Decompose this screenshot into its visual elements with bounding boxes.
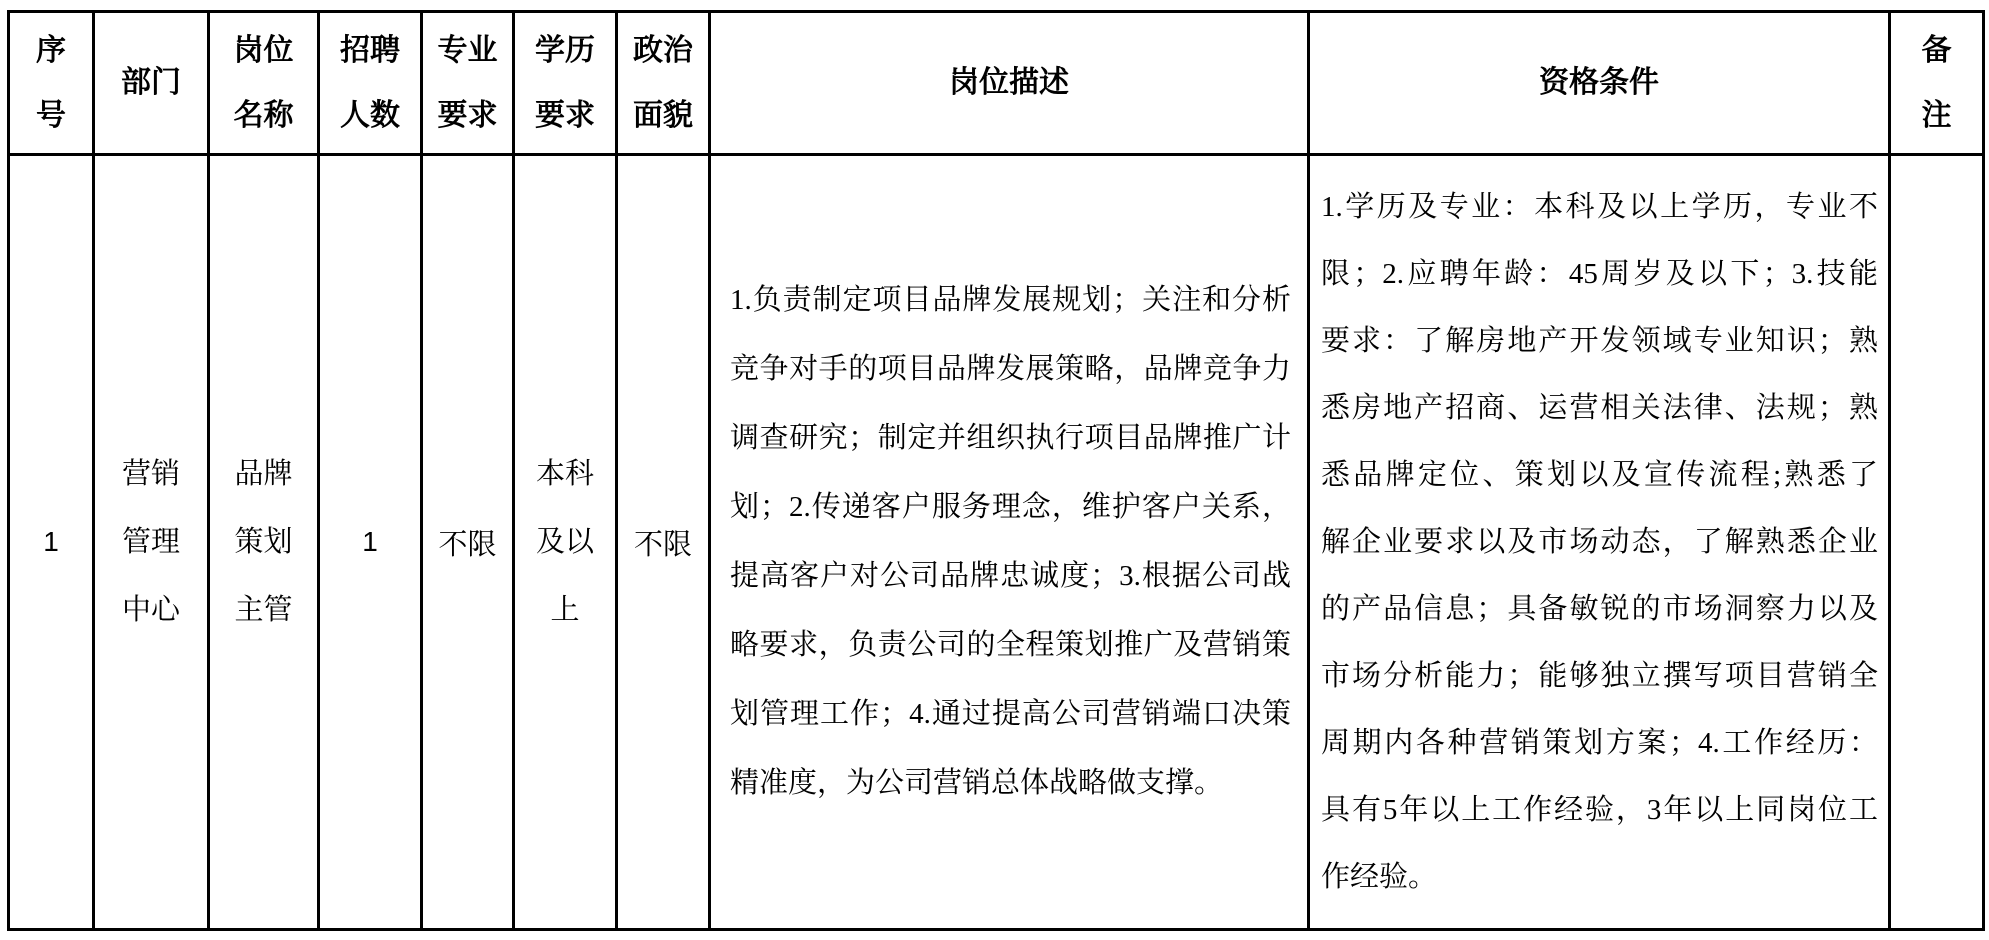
cell-political-status: 不限: [617, 155, 710, 930]
header-qualification-label: 资格条件: [1310, 66, 1888, 100]
header-position-line2: 名称: [210, 83, 317, 148]
header-position-name: 岗位 名称: [209, 12, 319, 155]
qualification-line: 解企业要求以及市场动态，了解熟悉企业: [1321, 509, 1878, 576]
header-remarks-line1: 备: [1891, 18, 1982, 83]
document-page: 序 号 部门 岗位 名称 招聘 人数 专业 要求: [0, 0, 1989, 940]
education-line2: 及以: [515, 508, 615, 576]
job-description-line: 提高客户对公司品牌忠诚度；3.根据公司战: [730, 542, 1291, 611]
qualification-line: 限；2.应聘年龄：45周岁及以下；3.技能: [1321, 241, 1878, 308]
job-description-line: 1.负责制定项目品牌发展规划；关注和分析: [730, 266, 1291, 335]
header-remarks: 备 注: [1890, 12, 1984, 155]
qualification-line: 周期内各种营销策划方案；4.工作经历：: [1321, 710, 1878, 777]
recruitment-table: 序 号 部门 岗位 名称 招聘 人数 专业 要求: [7, 10, 1985, 931]
header-major-line2: 要求: [423, 83, 512, 148]
cell-position-name: 品牌 策划 主管: [209, 155, 319, 930]
qualification-line: 1.学历及专业：本科及以上学历，专业不: [1321, 174, 1878, 241]
header-job-description: 岗位描述: [710, 12, 1309, 155]
cell-job-description: 1.负责制定项目品牌发展规划；关注和分析 竞争对手的项目品牌发展策略，品牌竞争力…: [710, 155, 1309, 930]
cell-major-requirement: 不限: [422, 155, 514, 930]
position-line1: 品牌: [210, 440, 317, 508]
header-headcount-line1: 招聘: [320, 18, 420, 83]
qualification-line: 悉品牌定位、策划以及宣传流程;熟悉了: [1321, 442, 1878, 509]
header-serial-line2: 号: [10, 83, 92, 148]
qualification-line: 作经验。: [1321, 844, 1878, 911]
education-line3: 上: [515, 576, 615, 644]
job-description-line: 调查研究；制定并组织执行项目品牌推广计: [730, 404, 1291, 473]
header-department-label: 部门: [95, 66, 207, 100]
department-line3: 中心: [95, 576, 207, 644]
department-line1: 营销: [95, 440, 207, 508]
header-department: 部门: [94, 12, 209, 155]
cell-department: 营销 管理 中心: [94, 155, 209, 930]
header-major-line1: 专业: [423, 18, 512, 83]
job-description-line: 精准度，为公司营销总体战略做支撑。: [730, 749, 1291, 818]
job-description-line: 划；2.传递客户服务理念，维护客户关系，: [730, 473, 1291, 542]
header-education-requirement: 学历 要求: [514, 12, 617, 155]
header-qualification: 资格条件: [1309, 12, 1890, 155]
cell-serial-number: 1: [9, 155, 94, 930]
job-description-line: 略要求，负责公司的全程策划推广及营销策: [730, 611, 1291, 680]
header-headcount: 招聘 人数: [319, 12, 422, 155]
header-political-status: 政治 面貌: [617, 12, 710, 155]
position-line2: 策划: [210, 508, 317, 576]
cell-qualification: 1.学历及专业：本科及以上学历，专业不 限；2.应聘年龄：45周岁及以下；3.技…: [1309, 155, 1890, 930]
education-line1: 本科: [515, 440, 615, 508]
header-headcount-line2: 人数: [320, 83, 420, 148]
header-job-description-label: 岗位描述: [711, 66, 1307, 100]
cell-remarks: [1890, 155, 1984, 930]
qualification-line: 要求：了解房地产开发领域专业知识；熟: [1321, 308, 1878, 375]
department-line2: 管理: [95, 508, 207, 576]
header-political-line2: 面貌: [618, 83, 708, 148]
header-row: 序 号 部门 岗位 名称 招聘 人数 专业 要求: [9, 12, 1984, 155]
header-education-line1: 学历: [515, 18, 615, 83]
position-line3: 主管: [210, 576, 317, 644]
job-row: 1 营销 管理 中心 品牌 策划 主管 1 不限 本科 及以 上: [9, 155, 1984, 930]
header-position-line1: 岗位: [210, 18, 317, 83]
header-major-requirement: 专业 要求: [422, 12, 514, 155]
header-serial-number: 序 号: [9, 12, 94, 155]
header-remarks-line2: 注: [1891, 83, 1982, 148]
header-political-line1: 政治: [618, 18, 708, 83]
cell-education-requirement: 本科 及以 上: [514, 155, 617, 930]
cell-headcount: 1: [319, 155, 422, 930]
header-serial-line1: 序: [10, 18, 92, 83]
job-description-line: 竞争对手的项目品牌发展策略，品牌竞争力: [730, 335, 1291, 404]
qualification-line: 市场分析能力；能够独立撰写项目营销全: [1321, 643, 1878, 710]
qualification-line: 的产品信息；具备敏锐的市场洞察力以及: [1321, 576, 1878, 643]
header-education-line2: 要求: [515, 83, 615, 148]
qualification-line: 具有5年以上工作经验，3年以上同岗位工: [1321, 777, 1878, 844]
job-description-line: 划管理工作；4.通过提高公司营销端口决策: [730, 680, 1291, 749]
qualification-line: 悉房地产招商、运营相关法律、法规；熟: [1321, 375, 1878, 442]
